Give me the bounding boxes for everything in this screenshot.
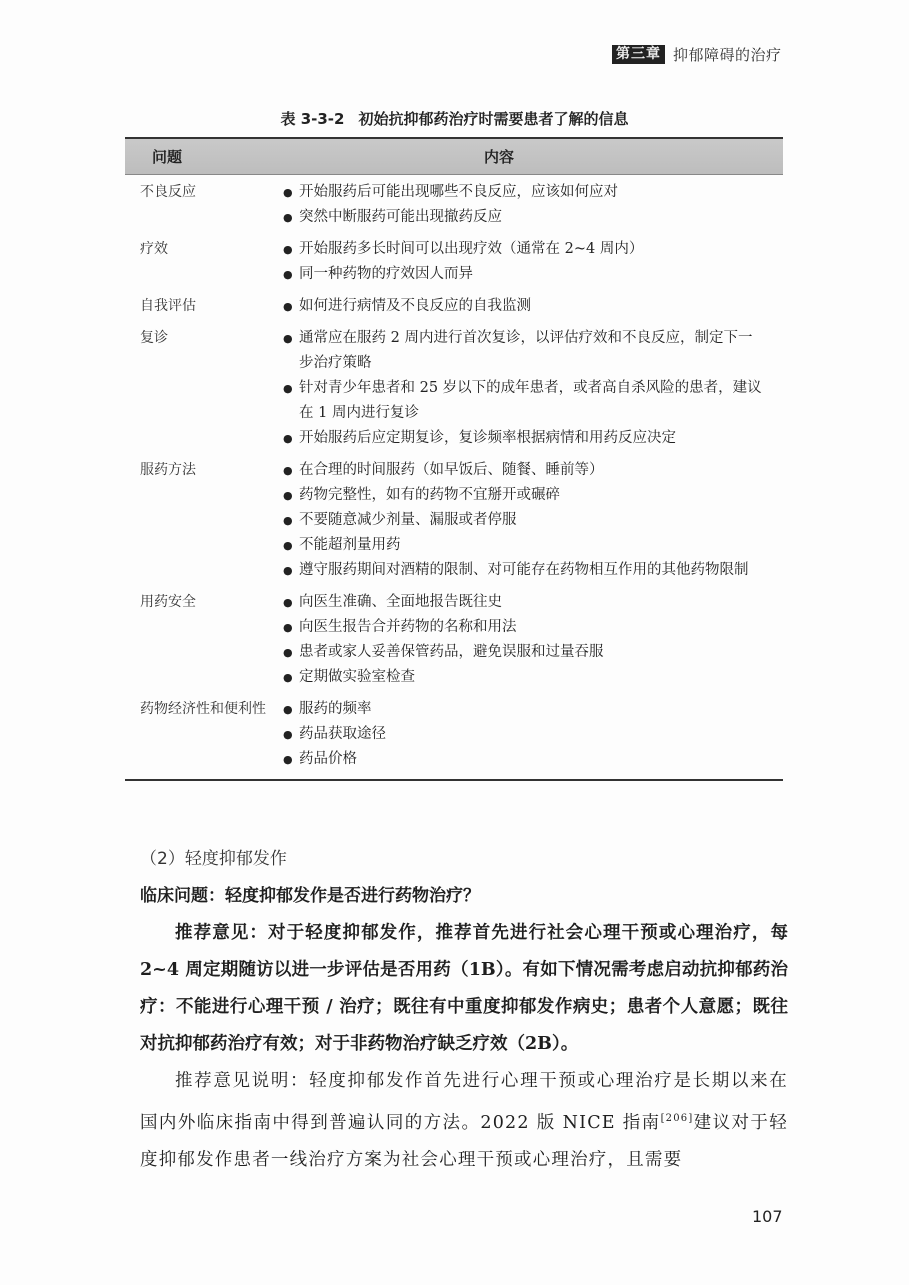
list-item: ●药品价格 <box>283 747 783 772</box>
bullet-icon: ● <box>283 294 299 319</box>
list-item: ●遵守服药期间对酒精的限制、对可能存在药物相互作用的其他药物限制 <box>283 558 783 583</box>
table-title: 初始抗抑郁药治疗时需要患者了解的信息 <box>358 110 628 128</box>
item-text: 遵守服药期间对酒精的限制、对可能存在药物相互作用的其他药物限制 <box>299 558 783 583</box>
table-row: 服药方法●在合理的时间服药（如早饭后、随餐、睡前等）●药物完整性，如有的药物不宜… <box>125 458 783 583</box>
bullet-icon: ● <box>283 426 299 451</box>
chapter-title: 抑郁障碍的治疗 <box>673 44 782 65</box>
item-text: 开始服药后应定期复诊，复诊频率根据病情和用药反应决定 <box>299 426 783 451</box>
bullet-icon: ● <box>283 615 299 640</box>
row-items: ●开始服药后可能出现哪些不良反应，应该如何应对●突然中断服药可能出现撤药反应 <box>283 180 783 230</box>
list-item: ●针对青少年患者和 25 岁以下的成年患者，或者高自杀风险的患者，建议在 1 周… <box>283 376 783 426</box>
row-items: ●如何进行病情及不良反应的自我监测 <box>283 294 783 319</box>
bullet-icon: ● <box>283 747 299 772</box>
table-caption: 表 3-3-2初始抗抑郁药治疗时需要患者了解的信息 <box>0 108 909 129</box>
bullet-icon: ● <box>283 508 299 533</box>
table-body: 不良反应●开始服药后可能出现哪些不良反应，应该如何应对●突然中断服药可能出现撤药… <box>125 175 783 772</box>
table-row: 药物经济性和便利性●服药的频率●药品获取途径●药品价格 <box>125 697 783 772</box>
row-question: 不良反应 <box>125 180 283 230</box>
item-text: 针对青少年患者和 25 岁以下的成年患者，或者高自杀风险的患者，建议在 1 周内… <box>299 376 783 426</box>
item-text: 不要随意减少剂量、漏服或者停服 <box>299 508 783 533</box>
list-item: ●开始服药多长时间可以出现疗效（通常在 2~4 周内） <box>283 237 783 262</box>
item-text: 不能超剂量用药 <box>299 533 783 558</box>
item-text: 突然中断服药可能出现撤药反应 <box>299 205 783 230</box>
item-text: 开始服药多长时间可以出现疗效（通常在 2~4 周内） <box>299 237 783 262</box>
row-question: 自我评估 <box>125 294 283 319</box>
row-question: 复诊 <box>125 326 283 451</box>
bullet-icon: ● <box>283 376 299 426</box>
bullet-icon: ● <box>283 205 299 230</box>
item-text: 如何进行病情及不良反应的自我监测 <box>299 294 783 319</box>
table-number: 表 3-3-2 <box>280 110 344 128</box>
table-row: 用药安全●向医生准确、全面地报告既往史●向医生报告合并药物的名称和用法●患者或家… <box>125 590 783 690</box>
recommendation: 推荐意见：对于轻度抑郁发作，推荐首先进行社会心理干预或心理治疗，每 2~4 周定… <box>140 915 788 1063</box>
bullet-icon: ● <box>283 533 299 558</box>
item-text: 同一种药物的疗效因人而异 <box>299 262 783 287</box>
item-text: 在合理的时间服药（如早饭后、随餐、睡前等） <box>299 458 783 483</box>
row-items: ●通常应在服药 2 周内进行首次复诊，以评估疗效和不良反应，制定下一步治疗策略●… <box>283 326 783 451</box>
bullet-icon: ● <box>283 237 299 262</box>
item-text: 患者或家人妥善保管药品，避免误服和过量吞服 <box>299 640 783 665</box>
table-row: 复诊●通常应在服药 2 周内进行首次复诊，以评估疗效和不良反应，制定下一步治疗策… <box>125 326 783 451</box>
list-item: ●如何进行病情及不良反应的自我监测 <box>283 294 783 319</box>
bullet-icon: ● <box>283 458 299 483</box>
info-table: 问题 内容 不良反应●开始服药后可能出现哪些不良反应，应该如何应对●突然中断服药… <box>125 137 783 781</box>
item-text: 开始服药后可能出现哪些不良反应，应该如何应对 <box>299 180 783 205</box>
item-text: 服药的频率 <box>299 697 783 722</box>
row-items: ●服药的频率●药品获取途径●药品价格 <box>283 697 783 772</box>
table-row: 疗效●开始服药多长时间可以出现疗效（通常在 2~4 周内）●同一种药物的疗效因人… <box>125 237 783 287</box>
list-item: ●患者或家人妥善保管药品，避免误服和过量吞服 <box>283 640 783 665</box>
item-text: 药品价格 <box>299 747 783 772</box>
table-row: 不良反应●开始服药后可能出现哪些不良反应，应该如何应对●突然中断服药可能出现撤药… <box>125 180 783 230</box>
list-item: ●同一种药物的疗效因人而异 <box>283 262 783 287</box>
list-item: ●服药的频率 <box>283 697 783 722</box>
header-content: 内容 <box>275 146 783 167</box>
bullet-icon: ● <box>283 558 299 583</box>
list-item: ●药品获取途径 <box>283 722 783 747</box>
sub-heading: （2）轻度抑郁发作 <box>140 841 788 878</box>
bullet-icon: ● <box>283 483 299 508</box>
item-text: 向医生报告合并药物的名称和用法 <box>299 615 783 640</box>
page-number: 107 <box>752 1207 783 1226</box>
citation[interactable]: [206] <box>661 1113 694 1124</box>
list-item: ●定期做实验室检查 <box>283 665 783 690</box>
bullet-icon: ● <box>283 665 299 690</box>
item-text: 药物完整性，如有的药物不宜掰开或碾碎 <box>299 483 783 508</box>
row-question: 药物经济性和便利性 <box>125 697 283 772</box>
bullet-icon: ● <box>283 590 299 615</box>
list-item: ●向医生报告合并药物的名称和用法 <box>283 615 783 640</box>
table-row: 自我评估●如何进行病情及不良反应的自我监测 <box>125 294 783 319</box>
bullet-icon: ● <box>283 326 299 376</box>
row-question: 疗效 <box>125 237 283 287</box>
bullet-icon: ● <box>283 722 299 747</box>
list-item: ●不要随意减少剂量、漏服或者停服 <box>283 508 783 533</box>
row-question: 用药安全 <box>125 590 283 690</box>
list-item: ●在合理的时间服药（如早饭后、随餐、睡前等） <box>283 458 783 483</box>
recommendation-note: 推荐意见说明：轻度抑郁发作首先进行心理干预或心理治疗是长期以来在国内外临床指南中… <box>140 1063 788 1179</box>
list-item: ●通常应在服药 2 周内进行首次复诊，以评估疗效和不良反应，制定下一步治疗策略 <box>283 326 783 376</box>
bullet-icon: ● <box>283 180 299 205</box>
row-items: ●开始服药多长时间可以出现疗效（通常在 2~4 周内）●同一种药物的疗效因人而异 <box>283 237 783 287</box>
chapter-badge: 第三章 <box>612 45 665 64</box>
row-items: ●向医生准确、全面地报告既往史●向医生报告合并药物的名称和用法●患者或家人妥善保… <box>283 590 783 690</box>
body-text: （2）轻度抑郁发作 临床问题：轻度抑郁发作是否进行药物治疗？ 推荐意见：对于轻度… <box>140 841 788 1179</box>
item-text: 通常应在服药 2 周内进行首次复诊，以评估疗效和不良反应，制定下一步治疗策略 <box>299 326 783 376</box>
bullet-icon: ● <box>283 640 299 665</box>
table-header-row: 问题 内容 <box>125 139 783 175</box>
list-item: ●开始服药后应定期复诊，复诊频率根据病情和用药反应决定 <box>283 426 783 451</box>
row-question: 服药方法 <box>125 458 283 583</box>
list-item: ●药物完整性，如有的药物不宜掰开或碾碎 <box>283 483 783 508</box>
item-text: 定期做实验室检查 <box>299 665 783 690</box>
item-text: 向医生准确、全面地报告既往史 <box>299 590 783 615</box>
list-item: ●突然中断服药可能出现撤药反应 <box>283 205 783 230</box>
row-items: ●在合理的时间服药（如早饭后、随餐、睡前等）●药物完整性，如有的药物不宜掰开或碾… <box>283 458 783 583</box>
bullet-icon: ● <box>283 262 299 287</box>
clinical-question: 临床问题：轻度抑郁发作是否进行药物治疗？ <box>140 878 788 915</box>
header-question: 问题 <box>125 146 275 167</box>
item-text: 药品获取途径 <box>299 722 783 747</box>
list-item: ●开始服药后可能出现哪些不良反应，应该如何应对 <box>283 180 783 205</box>
list-item: ●向医生准确、全面地报告既往史 <box>283 590 783 615</box>
bullet-icon: ● <box>283 697 299 722</box>
table-bottom-rule <box>125 779 783 781</box>
running-head: 第三章 抑郁障碍的治疗 <box>612 44 782 65</box>
list-item: ●不能超剂量用药 <box>283 533 783 558</box>
